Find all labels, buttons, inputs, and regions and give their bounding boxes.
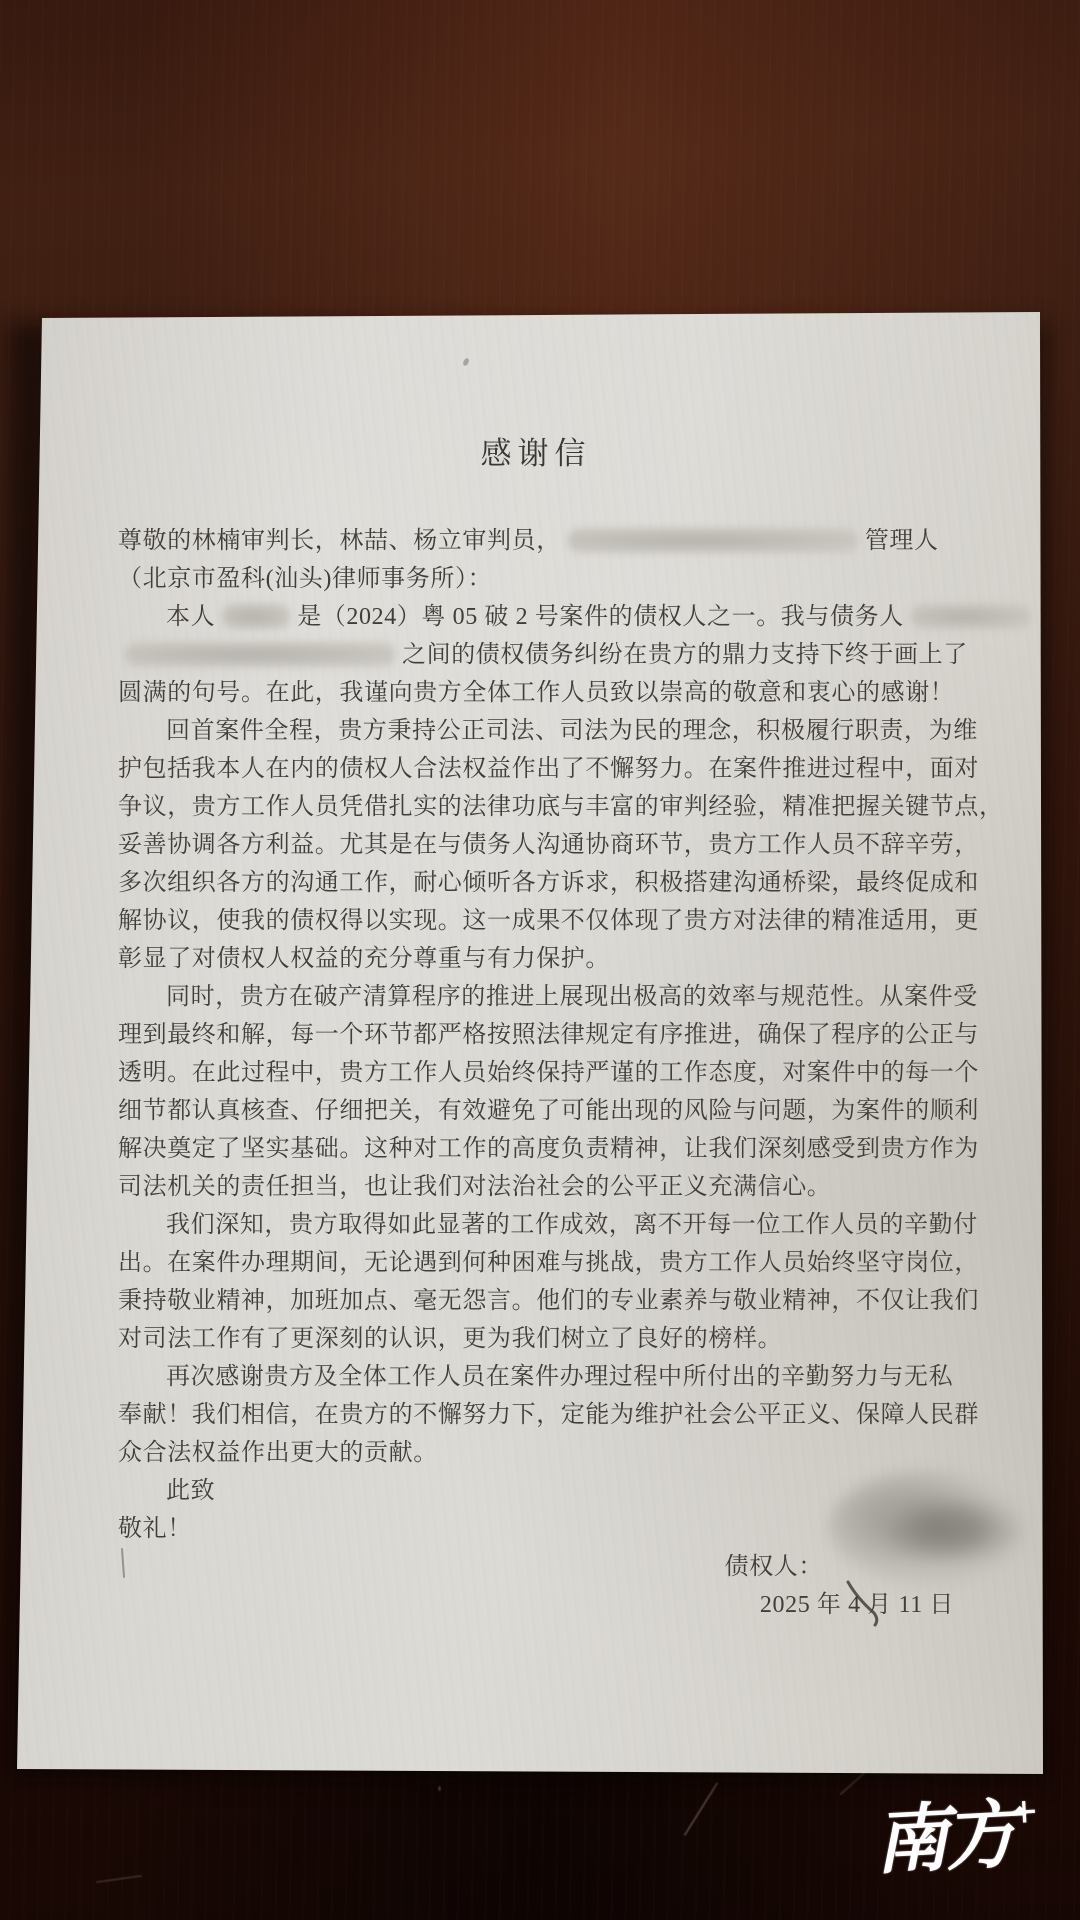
letter-line: 我们深知，贵方取得如此显著的工作成效，离不开每一位工作人员的辛勤付 xyxy=(118,1206,954,1244)
letter-line: 妥善协调各方利益。尤其是在与债务人沟通协商环节，贵方工作人员不辞辛劳， xyxy=(118,826,954,864)
letter-text: 众合法权益作出更大的贡献。 xyxy=(118,1440,438,1466)
letter-line: 尊敬的林楠审判长，林喆、杨立审判员，管理人 xyxy=(118,522,954,560)
letter-line: 奉献！我们相信，在贵方的不懈努力下，定能为维护社会公平正义、保障人民群 xyxy=(118,1396,954,1434)
letter-text: 同时，贵方在破产清算程序的推进上展现出极高的效率与规范性。从案件受 xyxy=(166,984,978,1010)
letter-text: 出。在案件办理期间，无论遇到何种困难与挑战，贵方工作人员始终坚守岗位， xyxy=(118,1250,979,1276)
letter-line: 解决奠定了坚实基础。这种对工作的高度负责精神，让我们深刻感受到贵方作为 xyxy=(118,1130,954,1168)
letter-line: 多次组织各方的沟通工作，耐心倾听各方诉求，积极搭建沟通桥梁，最终促成和 xyxy=(118,864,954,902)
letter-text: 理到最终和解，每一个环节都严格按照法律规定有序推进，确保了程序的公正与 xyxy=(118,1022,979,1048)
letter-text: 透明。在此过程中，贵方工作人员始终保持严谨的工作态度，对案件中的每一个 xyxy=(118,1060,979,1086)
letter-line: 圆满的句号。在此，我谨向贵方全体工作人员致以崇高的敬意和衷心的感谢！ xyxy=(118,674,954,712)
letter-text: 妥善协调各方利益。尤其是在与债务人沟通协商环节，贵方工作人员不辞辛劳， xyxy=(118,832,979,858)
letter-line: 2025 年 4 月 11 日 xyxy=(118,1586,954,1624)
letter-text: 争议，贵方工作人员凭借扎实的法律功底与丰富的审判经验，精准把握关键节点， xyxy=(118,794,1004,820)
wood-scratch xyxy=(438,1786,441,1791)
letter-line: 同时，贵方在破产清算程序的推进上展现出极高的效率与规范性。从案件受 xyxy=(118,978,954,1016)
letter-text: 回首案件全程，贵方秉持公正司法、司法为民的理念，积极履行职责，为维 xyxy=(166,718,978,744)
plus-icon: + xyxy=(1010,1785,1039,1837)
letter-line: 理到最终和解，每一个环节都严格按照法律规定有序推进，确保了程序的公正与 xyxy=(118,1016,954,1054)
letter-text: 秉持敬业精神，加班加点、毫无怨言。他们的专业素养与敬业精神，不仅让我们 xyxy=(118,1288,979,1314)
letter-text: 再次感谢贵方及全体工作人员在案件办理过程中所付出的辛勤努力与无私 xyxy=(166,1364,953,1390)
letter-line: 解协议，使我的债权得以实现。这一成果不仅体现了贵方对法律的精准适用，更 xyxy=(118,902,954,940)
letter-text: 是（2024）粤 05 破 2 号案件的债权人之一。我与债务人 xyxy=(297,604,904,630)
letter-line: 透明。在此过程中，贵方工作人员始终保持严谨的工作态度，对案件中的每一个 xyxy=(118,1054,954,1092)
letter-line: 众合法权益作出更大的贡献。 xyxy=(118,1434,954,1472)
photo-of-letter: { "photo": { "watermark_brand": "南方", "w… xyxy=(0,0,1080,1920)
letter-text: 圆满的句号。在此，我谨向贵方全体工作人员致以崇高的敬意和衷心的感谢！ xyxy=(118,680,954,706)
letter-line: 司法机关的责任担当，也让我们对法治社会的公平正义充满信心。 xyxy=(118,1168,954,1206)
letter-line: 之间的债权债务纠纷在贵方的鼎力支持下终于画上了 xyxy=(118,636,954,674)
letter-text: 此致 xyxy=(166,1478,215,1504)
letter-body: 感谢信 尊敬的林楠审判长，林喆、杨立审判员，管理人（北京市盈科(汕头)律师事务所… xyxy=(118,434,954,1624)
letter-text: 多次组织各方的沟通工作，耐心倾听各方诉求，积极搭建沟通桥梁，最终促成和 xyxy=(118,870,979,896)
letter-text: （北京市盈科(汕头)律师事务所）： xyxy=(118,566,492,592)
letter-paper: 感谢信 尊敬的林楠审判长，林喆、杨立审判员，管理人（北京市盈科(汕头)律师事务所… xyxy=(14,312,1044,1774)
letter-text: 管理人 xyxy=(865,528,939,554)
nanfang-plus-watermark: 南方+ xyxy=(871,1773,1066,1889)
letter-text: 护包括我本人在内的债权人合法权益作出了不懈努力。在案件推进过程中，面对 xyxy=(118,756,979,782)
letter-text: 尊敬的林楠审判长，林喆、杨立审判员， xyxy=(118,528,561,554)
letter-line: 本人是（2024）粤 05 破 2 号案件的债权人之一。我与债务人 xyxy=(118,598,954,636)
letter-text: 之间的债权债务纠纷在贵方的鼎力支持下终于画上了 xyxy=(402,642,968,668)
redaction-blur xyxy=(911,604,1031,629)
letter-text: 细节都认真核查、仔细把关，有效避免了可能出现的风险与问题，为案件的顺利 xyxy=(118,1098,979,1124)
letter-text: 债权人： xyxy=(725,1554,823,1580)
letter-line: 细节都认真核查、仔细把关，有效避免了可能出现的风险与问题，为案件的顺利 xyxy=(118,1092,954,1130)
letter-text: 对司法工作有了更深刻的认识，更为我们树立了良好的榜样。 xyxy=(118,1326,782,1352)
redaction-blur xyxy=(568,528,858,553)
nanfang-logo-text: 南方 xyxy=(872,1795,1016,1884)
letter-text: 解协议，使我的债权得以实现。这一成果不仅体现了贵方对法律的精准适用，更 xyxy=(118,908,979,934)
redaction-blur xyxy=(222,604,290,629)
letter-text: 2025 年 4 月 11 日 xyxy=(760,1592,954,1618)
letter-text: 本人 xyxy=(166,604,215,630)
letter-text: 司法机关的责任担当，也让我们对法治社会的公平正义充满信心。 xyxy=(118,1174,831,1200)
letter-text: 敬礼！ xyxy=(118,1516,192,1542)
letter-title: 感谢信 xyxy=(118,434,954,474)
letter-line: 争议，贵方工作人员凭借扎实的法律功底与丰富的审判经验，精准把握关键节点， xyxy=(118,788,954,826)
redaction-blur xyxy=(125,642,395,667)
letter-text: 奉献！我们相信，在贵方的不懈努力下，定能为维护社会公平正义、保障人民群 xyxy=(118,1402,979,1428)
letter-line: 回首案件全程，贵方秉持公正司法、司法为民的理念，积极履行职责，为维 xyxy=(118,712,954,750)
letter-line: 彰显了对债权人权益的充分尊重与有力保护。 xyxy=(118,940,954,978)
letter-text: 彰显了对债权人权益的充分尊重与有力保护。 xyxy=(118,946,610,972)
letter-line: 出。在案件办理期间，无论遇到何种困难与挑战，贵方工作人员始终坚守岗位， xyxy=(118,1244,954,1282)
letter-line: （北京市盈科(汕头)律师事务所）： xyxy=(118,560,954,598)
letter-text: 我们深知，贵方取得如此显著的工作成效，离不开每一位工作人员的辛勤付 xyxy=(166,1212,978,1238)
letter-lines: 尊敬的林楠审判长，林喆、杨立审判员，管理人（北京市盈科(汕头)律师事务所）：本人… xyxy=(118,522,954,1624)
letter-line: 债权人： xyxy=(118,1548,954,1586)
letter-text: 解决奠定了坚实基础。这种对工作的高度负责精神，让我们深刻感受到贵方作为 xyxy=(118,1136,979,1162)
letter-line: 护包括我本人在内的债权人合法权益作出了不懈努力。在案件推进过程中，面对 xyxy=(118,750,954,788)
letter-line: 此致 xyxy=(118,1472,954,1510)
letter-line: 再次感谢贵方及全体工作人员在案件办理过程中所付出的辛勤努力与无私 xyxy=(118,1358,954,1396)
letter-line: 秉持敬业精神，加班加点、毫无怨言。他们的专业素养与敬业精神，不仅让我们 xyxy=(118,1282,954,1320)
signature-redaction-blur xyxy=(828,1470,1026,1586)
letter-line: 对司法工作有了更深刻的认识，更为我们树立了良好的榜样。 xyxy=(118,1320,954,1358)
